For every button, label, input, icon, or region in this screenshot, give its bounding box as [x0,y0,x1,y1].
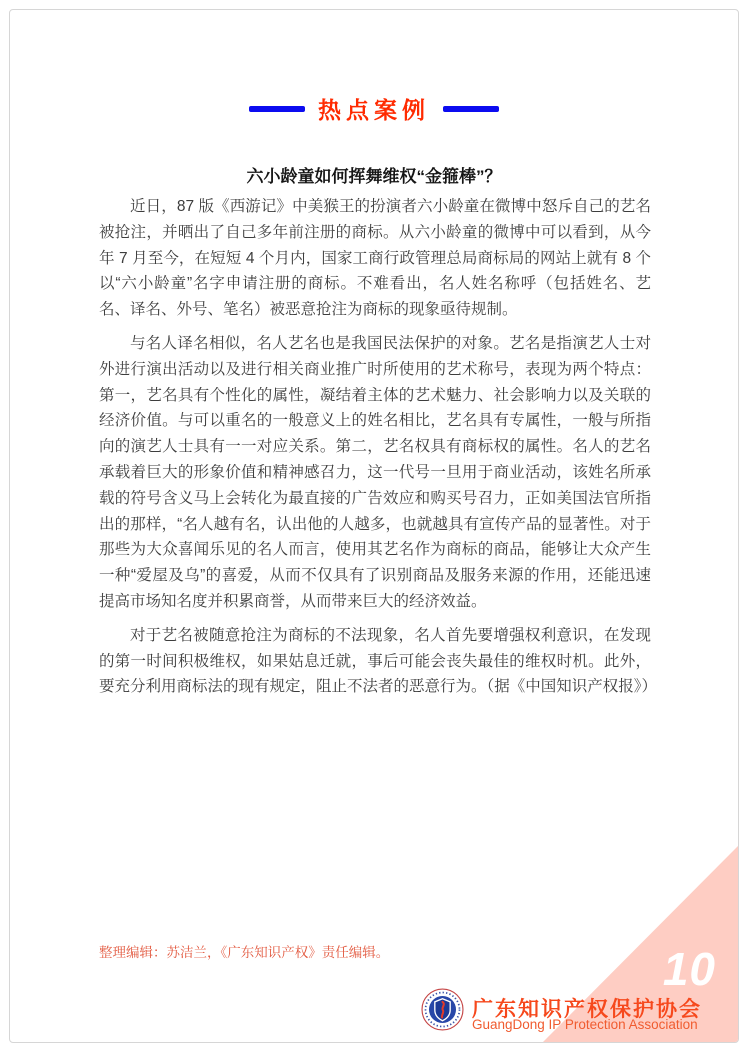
header-dash-left [249,106,305,112]
article-body: 近日，87 版《西游记》中美猴王的扮演者六小龄童在微博中怒斥自己的艺名被抢注，并… [99,194,651,708]
article-paragraph: 对于艺名被随意抢注为商标的不法现象，名人首先要增强权利意识，在发现的第一时间积极… [99,623,651,700]
org-name-en: GuangDong IP Protection Association [472,1017,698,1032]
editor-note: 整理编辑：苏洁兰，《广东知识产权》责任编辑。 [99,941,389,961]
article-paragraph: 与名人译名相似，名人艺名也是我国民法保护的对象。艺名是指演艺人士对外进行演出活动… [99,331,651,615]
section-header: 热点案例 [10,92,738,125]
section-label: 热点案例 [318,92,430,125]
page-number: 10 [663,942,716,996]
article-paragraph: 近日，87 版《西游记》中美猴王的扮演者六小龄童在微博中怒斥自己的艺名被抢注，并… [99,194,651,323]
header-dash-right [443,106,499,112]
association-badge-icon [421,988,464,1031]
document-page: 热点案例 六小龄童如何挥舞维权“金箍棒”？ 近日，87 版《西游记》中美猴王的扮… [9,9,739,1043]
article-title: 六小龄童如何挥舞维权“金箍棒”？ [10,162,738,187]
